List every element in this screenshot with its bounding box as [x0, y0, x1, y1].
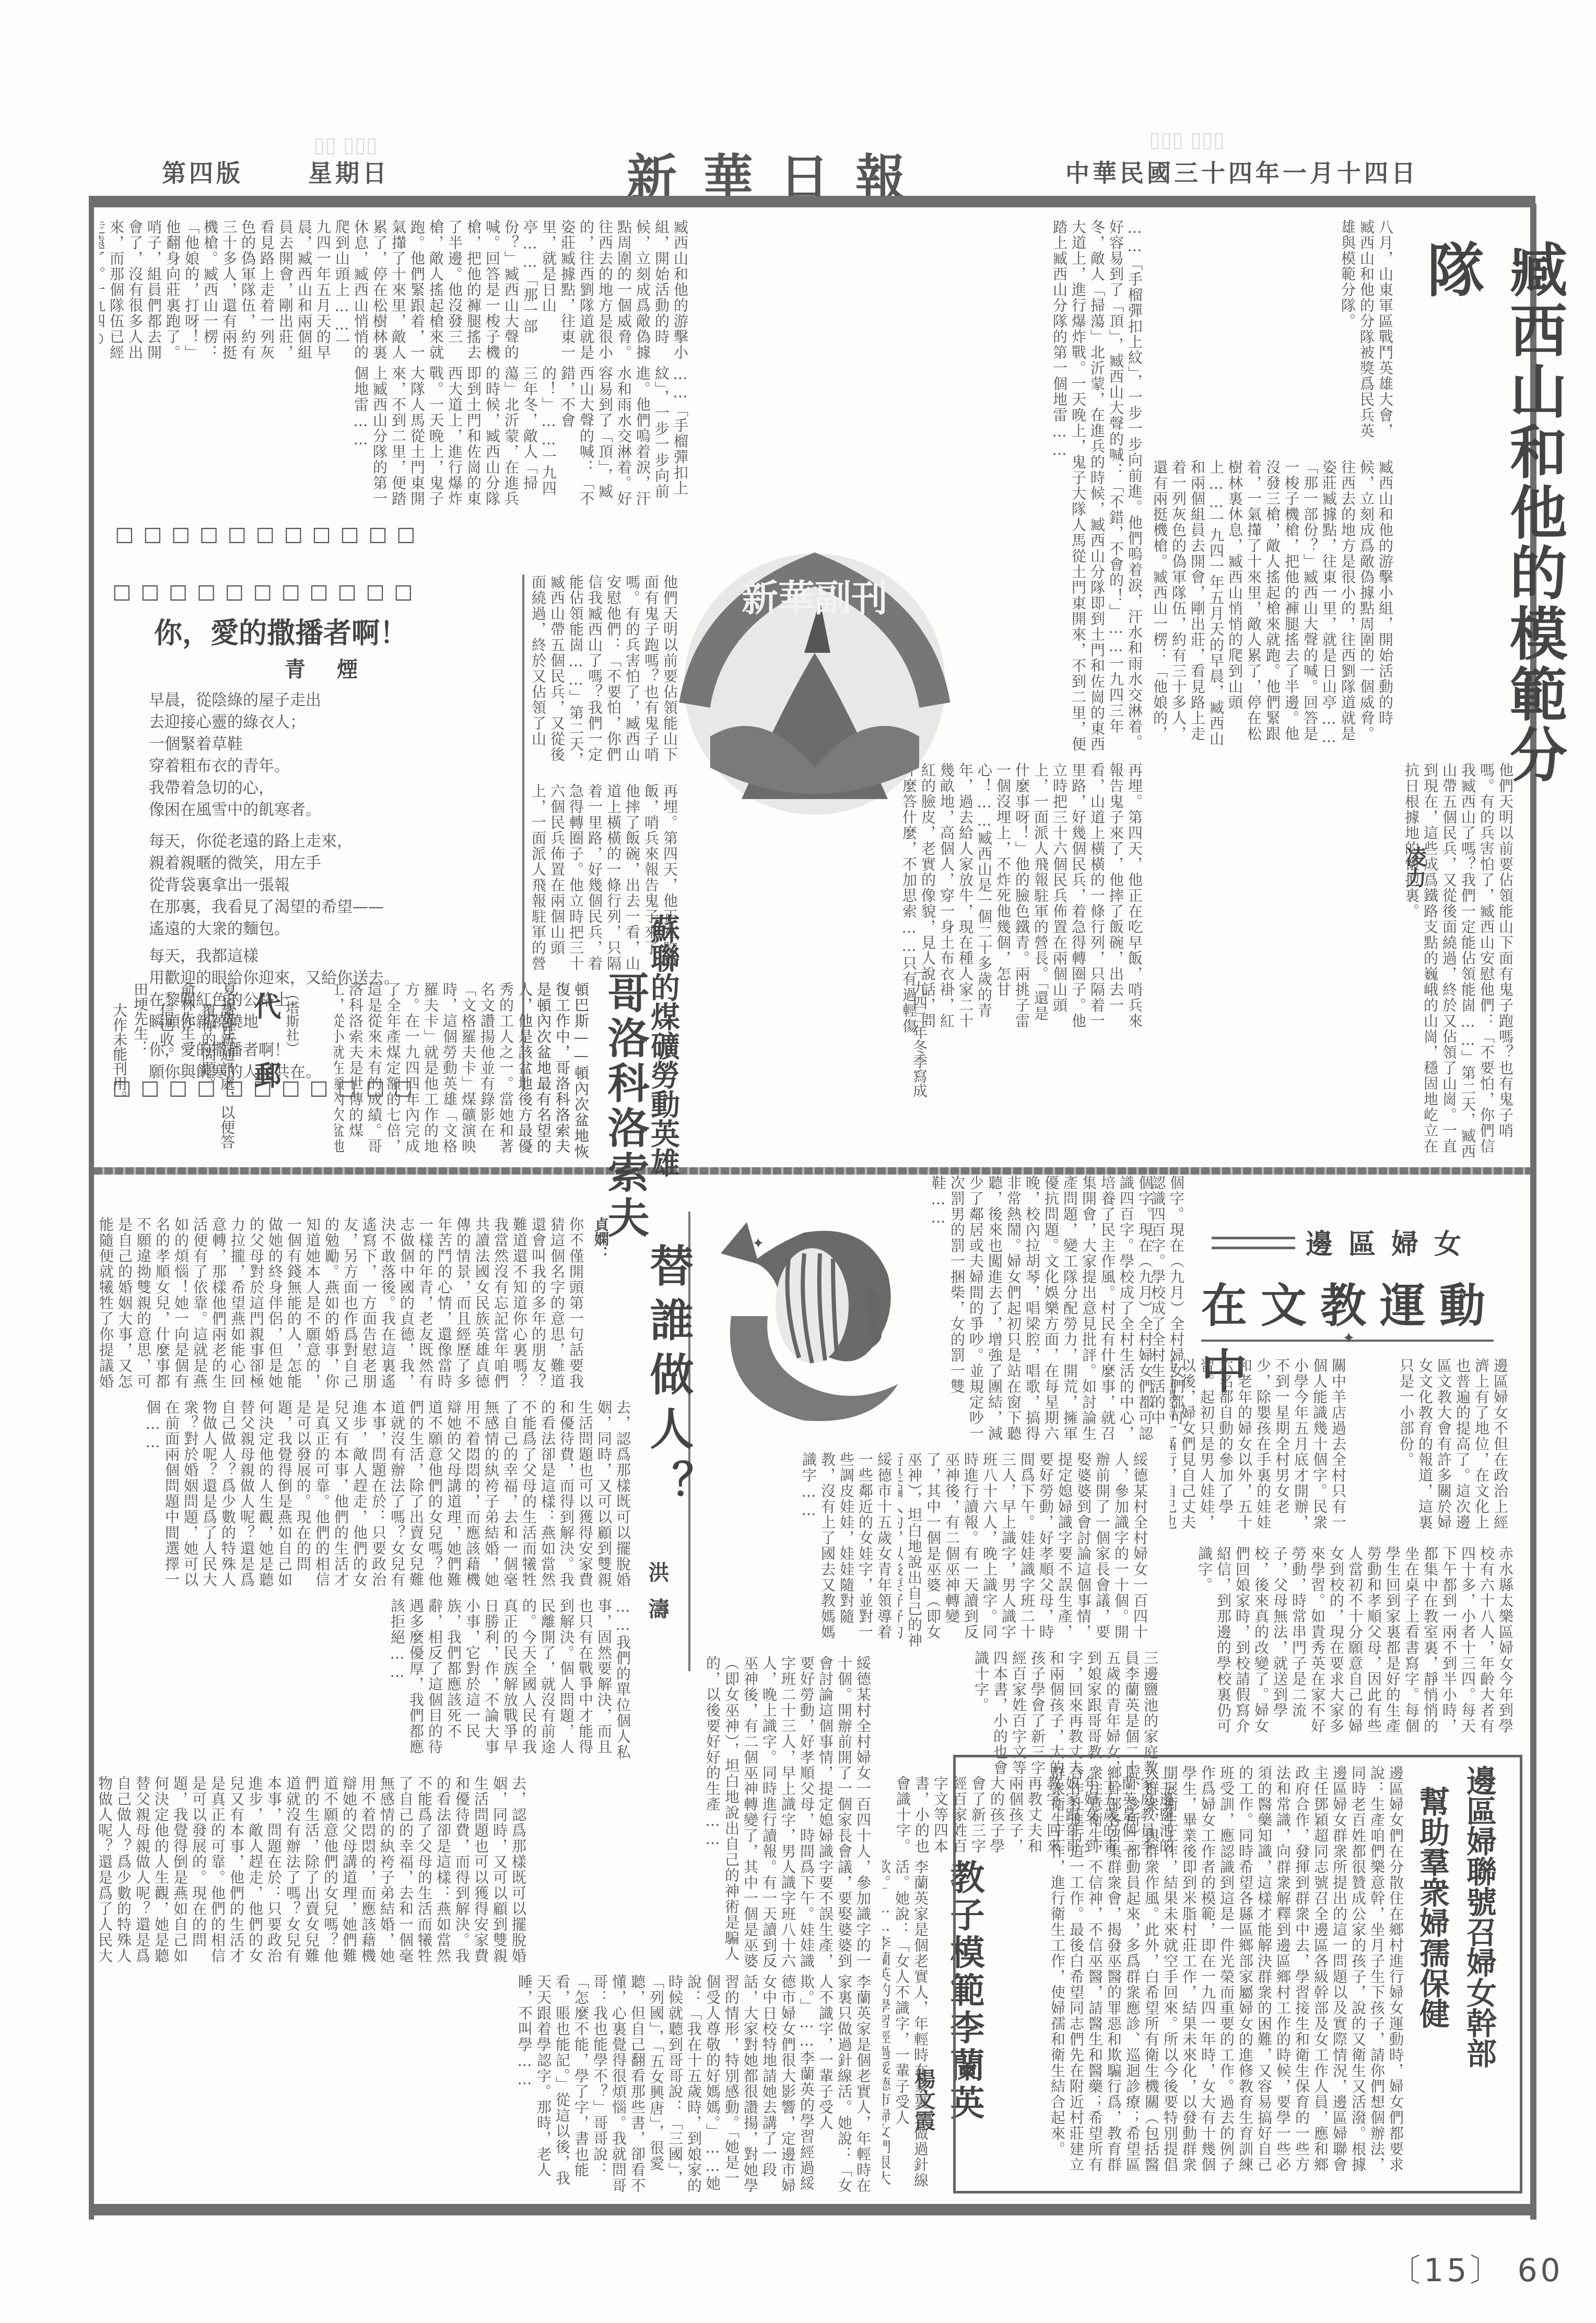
- article-body: 個字。現在（九月）全村婦女們都可認識四百字。學校成了全村生活的中心，培養了民主作…: [1149, 1175, 1186, 1436]
- poem-line: 從背袋裏拿出一張報: [149, 874, 384, 896]
- article-body: 邊區婦女們在分散住在鄉村進行婦女運動時，婦女們都要求說：生產咱們樂意幹，坐月子生…: [961, 1765, 1405, 2178]
- article-body: 去，認爲那樣既可以擺脫婚姻，同時，又可以顧到雙親生活問題也可以獲得安家費和優待費…: [99, 1400, 632, 1588]
- poem-line: 遙遠的大衆的麵包。: [149, 918, 384, 940]
- article-body: ……「手榴彈扣上紋」，一步一步向前進。他們嗚着淚，汗水和雨水交淋着。好容易到了「…: [99, 366, 689, 507]
- poem-line: 在那裏，我看見了渴望的希望——: [149, 896, 384, 918]
- correspondence-section: 代郵 （塔斯社） 夏原先生： 請告新通訊處，以便答覆你的問題。 俞林先生： 信已…: [99, 982, 329, 1159]
- article-headline-health-campaign: 幫助羣衆婦孺保健: [1410, 1786, 1454, 2028]
- correspondence-line: 信已收。: [157, 1003, 175, 1061]
- svg-text:✦: ✦: [752, 1235, 764, 1252]
- edition-label: 第四版: [162, 154, 243, 189]
- article-body: 關中羊店過去全村只有一個人能識幾十個字。民衆小學今年五月底才開辦，不到一星期全村…: [1170, 1358, 1347, 1535]
- article-body: 頓巴斯——頓內次盆地恢復工作中，哥洛科洛索夫是頓內次盆地最有名望的人，他是該盆地…: [527, 982, 590, 1159]
- article-byline: 洪濤: [642, 1562, 672, 1635]
- article-kicker: 邊區婦女: [1306, 1222, 1477, 1261]
- top-border-rule: [89, 196, 1535, 207]
- article-body: 臧西山和他的游擊小組，開始活動的時候，立刻成爲敵偽據點周圍的一個威脅。往西去的地…: [99, 219, 689, 360]
- poem-author: 青煙: [285, 653, 389, 683]
- article-body: 他們天明以前要佔領能山下面有鬼子跑嗎？也有鬼子哨嗎。有的兵害怕了，臧西山安慰他們…: [527, 574, 679, 773]
- article-intro: 邊區婦女不但在政治上經濟上有了地位，在文化上也普遍的提高了。這次邊區文教大會有許…: [1353, 1358, 1509, 1535]
- poem-line: 去迎接心靈的綠衣人；: [149, 711, 321, 733]
- headline-rule: [1212, 1237, 1295, 1249]
- poem-line: 我帶着急切的心，: [149, 777, 321, 799]
- left-border: [89, 204, 94, 2220]
- bottom-border-rule: [89, 2204, 1536, 2215]
- correspondence-note: （塔斯社）: [282, 987, 301, 1055]
- poem-line: 像困在風雪中的飢寒者。: [149, 799, 321, 821]
- woodcut-illustration: ✦: [700, 1212, 930, 1452]
- star-ornament-icon: ✦: [1342, 1329, 1355, 1347]
- article-body: 你不僅開頭第一句話要我猜這個名字的意思，難道還會叫我的多年的朋友？難道還不知道你…: [99, 1217, 585, 1389]
- article-kicker: 邊區婦聯號召婦女幹部: [1457, 1765, 1501, 2068]
- correspondence-title: 代郵: [245, 992, 285, 1130]
- page-number: 〔15〕 60: [1389, 2246, 1564, 2291]
- article-body: 赤水縣太樂區婦女今年到學校有六十八人，年齡大者有四十多，小者十三四。每天下午都到…: [1170, 1546, 1515, 1734]
- bleed-through-text: ▯▯▯ ▯▯▯: [1149, 128, 1225, 152]
- article-headline-for-whom: 替誰做人？: [637, 1243, 700, 1515]
- article-body: 臧西山和他的游擊小組，開始活動的時候，立刻成爲敵偽據點周圍的一個威脅。往西去的地…: [1154, 460, 1394, 752]
- decorative-border: □□□□□□□□□□□: [112, 580, 422, 603]
- woodcut-illustration-icon: 新華副刊: [679, 548, 950, 820]
- decorative-border: □□□□□□□□□□□: [115, 522, 425, 545]
- masthead: ▯▯▯ ▯▯▯ ▯▯ ▯▯▯ 第四版 星期日 新華日報 中華民國三十四年一月十四…: [0, 138, 1596, 196]
- poem-line: 穿着粗布衣的青年。: [149, 755, 321, 777]
- article-body: 李蘭英家是個老實人，年輕時在家裏只做過針線活。她說：「女人不識字，一輩子受人欺。…: [883, 1859, 930, 2193]
- poem-stanza: 每天，你從老遠的路上走來， 親着親暱的微笑，用左手 從背袋裏拿出一張報 在那裏，…: [149, 830, 384, 940]
- article-body: 綏德市十五歲女青年領導着一些鄰近的女娃字，並對一些調皮娃娃，娃娃隨對隨教，沒有上…: [768, 1452, 893, 1650]
- article-body: 個字。現在（九月）全村婦女們都可認識四百字。學校成了全村生活的中心，培養了民主作…: [898, 1175, 1154, 1441]
- article-body: 去，認爲那樣既可以擺脫婚姻，同時，又可以顧到雙親生活問題也可以獲得安家費和優待費…: [99, 1776, 527, 1964]
- article-body: 他們天明以前要佔領能山下面有鬼子跑嗎？也有鬼子哨嗎。有的兵害怕了，臧西山安慰他們…: [1154, 762, 1515, 1159]
- section-divider: [94, 1167, 1530, 1175]
- correspondence-line: 田埂先生：: [131, 982, 149, 1055]
- article-header-women-education: 邊區婦女 在文教運動中 ✦: [1191, 1222, 1515, 1379]
- article-dateline: 一九四二年冬季寫成: [909, 966, 930, 1098]
- correspondence-line: 俞林先生：: [178, 982, 196, 1055]
- supplement-woodcut-logo: 新華副刊: [679, 548, 950, 820]
- poem-line: 一個緊着草鞋: [149, 733, 321, 755]
- correspondence-line: 大作未能刊用。: [110, 1003, 128, 1105]
- poem-line: 每天，我都這樣: [149, 945, 400, 967]
- letter-salutation: 貞嫻：: [590, 1217, 611, 1261]
- article-body: 綏德某村全村婦女一百四十人，參加識字的一十個。開辦前開了一個家長會議，要娶婆婆到…: [898, 1452, 1149, 1650]
- issue-date: 中華民國三十四年一月十四日: [1065, 154, 1418, 189]
- article-headline-gelokoloshov: 哥洛科洛索夫: [595, 971, 655, 1241]
- article-headline-zang-xishan: 臧西山和他的模範分隊: [1410, 240, 1575, 789]
- article-body: 綏德某村全村婦女一百四十人，參加識字的一十個。開辦前開了一個家長會議，要娶婆婆到…: [538, 1656, 872, 1969]
- article-body: 李蘭英家是個老實人，年輕時在家裏只做過針線活。她說：「女人不識字，一輩子受人欺。…: [99, 1974, 872, 2193]
- weekday-label: 星期日: [308, 154, 390, 189]
- poem-title: 你，愛的撒播者啊！: [154, 611, 408, 651]
- poem-line: 每天，你從老遠的路上走來，: [149, 830, 384, 852]
- svg-text:新華副刊: 新華副刊: [742, 577, 888, 620]
- article-lead: 八月，山東軍區戰鬥英雄大會，臧西山和他的分隊被獎爲民兵英雄與模範分隊。: [1154, 219, 1394, 449]
- poem-line: 親着親暱的微笑，用左手: [149, 852, 384, 874]
- woman-portrait-woodcut-icon: ✦: [700, 1212, 930, 1431]
- poem-line: 早晨，從陰綠的屋子走出: [149, 689, 321, 711]
- correspondence-line: 請告新通訊處，以便答覆你的問題。: [198, 1003, 236, 1159]
- poem-stanza: 早晨，從陰綠的屋子走出 去迎接心靈的綠衣人； 一個緊着草鞋 穿着粗布衣的青年。 …: [149, 689, 321, 821]
